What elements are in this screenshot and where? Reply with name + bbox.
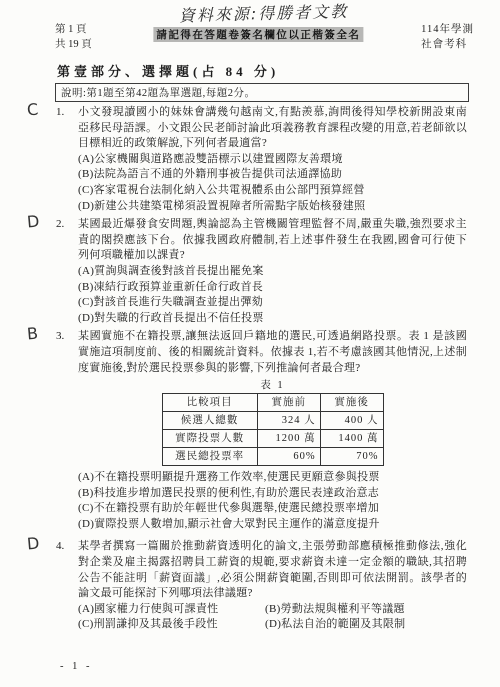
question-number: 2. (56, 217, 64, 233)
question-1: C 1. 小文發現讀國小的妹妹會講幾句越南文,有點羨慕,詢問後得知學校新開設東南… (55, 105, 467, 214)
page-info: 第 1 頁 共 19 頁 (55, 22, 92, 52)
table-caption: 表 1 (162, 379, 384, 392)
question-list: C 1. 小文發現讀國小的妹妹會講幾句越南文,有點羨慕,詢問後得知學校新開設東南… (55, 105, 467, 636)
total-pages-label: 共 19 頁 (55, 37, 92, 52)
instruction-box: 說明:第1題至第42題為單選題,每題2分。 (55, 83, 469, 102)
section-title: 第壹部分、選擇題(占 84 分) (57, 61, 279, 80)
exam-year-label: 114年學測 (421, 22, 474, 37)
option-b: (B)科技進步增加選民投票的便利性,有助於選民表達政治意志 (78, 486, 467, 502)
question-text: 某學者撰寫一篇關於推動薪資透明化的論文,主張勞動部應積極推動修法,強化對企業及雇… (78, 539, 467, 601)
table-cell: 1200 萬 (257, 430, 320, 448)
option-d: (D)實際投票人數增加,顯示社會大眾對民主運作的滿意度提升 (78, 517, 467, 533)
table-cell: 候選人總數 (162, 412, 257, 430)
handwritten-answer-q4: D (26, 536, 40, 553)
option-c: (C)刑罰謙抑及其最後手段性 (78, 617, 265, 633)
table-header-before: 實施前 (257, 394, 320, 412)
table-cell: 選民總投票率 (162, 448, 257, 466)
table-row: 選民總投票率 60% 70% (162, 448, 383, 466)
table-cell: 70% (320, 448, 383, 466)
table-cell: 60% (257, 448, 320, 466)
table-cell: 實際投票人數 (162, 430, 257, 448)
question-number: 1. (56, 105, 64, 121)
option-c: (C)客家電視台法制化納入公共電視體系由公部門預算經營 (78, 183, 467, 199)
question-2: D 2. 某國最近爆發食安問題,輿論認為主管機關管理監督不周,嚴重失職,強烈要求… (55, 217, 467, 326)
table-header-after: 實施後 (320, 394, 383, 412)
option-d: (D)私法自治的範圍及其限制 (265, 617, 467, 633)
option-c: (C)對該首長進行失職調查並提出彈劾 (78, 295, 467, 311)
option-d: (D)新建公共建築電梯須設置視障者所需點字版始核發建照 (78, 199, 467, 215)
exam-page: 資料來源:得勝者文教 第 1 頁 共 19 頁 請記得在答題卷簽名欄位以正楷簽全… (0, 0, 500, 687)
question-4: D 4. 某學者撰寫一篇關於推動薪資透明化的論文,主張勞動部應積極推動修法,強化… (55, 539, 467, 633)
option-b: (B)法院為語言不通的外籍刑事被告提供司法通譯協助 (78, 167, 467, 183)
statistics-table-block: 表 1 比較項目 實施前 實施後 候選人總數 324 人 400 人 實際投票人… (162, 379, 384, 466)
table-cell: 324 人 (257, 412, 320, 430)
option-b: (B)勞動法規與權利平等議題 (265, 602, 467, 618)
question-number: 3. (56, 329, 64, 345)
table-row: 實際投票人數 1200 萬 1400 萬 (162, 430, 383, 448)
question-text: 某國最近爆發食安問題,輿論認為主管機關管理監督不周,嚴重失職,強烈要求主責的閣揆… (78, 217, 467, 264)
table-cell: 1400 萬 (320, 430, 383, 448)
option-a: (A)國家權力行使與可課責性 (78, 602, 265, 618)
table-header-row: 比較項目 實施前 實施後 (162, 394, 383, 412)
page-footer: - 1 - (60, 661, 93, 672)
handwritten-answer-q3: B (26, 326, 39, 343)
option-d: (D)對失職的行政首長提出不信任投票 (78, 311, 467, 327)
exam-info: 114年學測 社會考科 (421, 22, 474, 52)
options-grid: (A)國家權力行使與可課責性 (B)勞動法規與權利平等議題 (C)刑罰謙抑及其最… (78, 602, 467, 633)
exam-subject-label: 社會考科 (421, 37, 474, 52)
option-a: (A)不在籍投票明顯提升選務工作效率,使選民更願意參與投票 (78, 470, 467, 486)
option-b: (B)凍結行政預算並重新任命行政首長 (78, 280, 467, 296)
option-c: (C)不在籍投票有助於年輕世代參與選舉,使選民總投票率增加 (78, 501, 467, 517)
table-header-item: 比較項目 (162, 394, 257, 412)
question-3: B 3. 某國實施不在籍投票,讓無法返回戶籍地的選民,可透過網路投票。表 1 是… (55, 329, 467, 532)
handwritten-answer-q1: C (26, 102, 39, 119)
table-cell: 400 人 (320, 412, 383, 430)
handwritten-source-note: 資料來源:得勝者文教 (179, 0, 349, 26)
table-row: 候選人總數 324 人 400 人 (162, 412, 383, 430)
page-number-label: 第 1 頁 (55, 22, 92, 37)
option-a: (A)質詢與調查後對該首長提出罷免案 (78, 264, 467, 280)
question-number: 4. (56, 539, 64, 555)
question-text: 小文發現讀國小的妹妹會講幾句越南文,有點羨慕,詢問後得知學校新開設東南亞移民母語… (78, 105, 467, 152)
question-text: 某國實施不在籍投票,讓無法返回戶籍地的選民,可透過網路投票。表 1 是該國實施這… (78, 329, 467, 376)
statistics-table: 比較項目 實施前 實施後 候選人總數 324 人 400 人 實際投票人數 12… (162, 393, 384, 466)
option-a: (A)公家機關與道路應設雙語標示以建置國際友善環境 (78, 152, 467, 168)
signature-reminder: 請記得在答題卷簽名欄位以正楷簽全名 (153, 27, 363, 42)
handwritten-answer-q2: D (26, 214, 40, 231)
